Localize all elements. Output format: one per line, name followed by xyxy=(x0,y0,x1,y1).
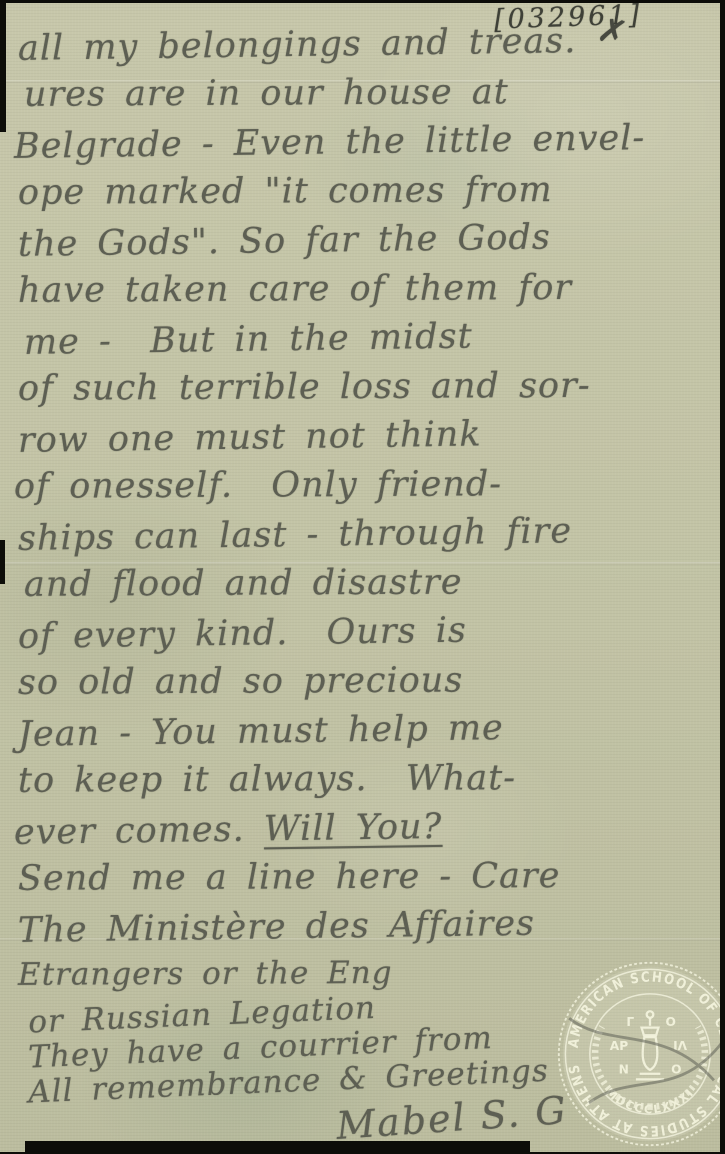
letter-line: row one must not think xyxy=(18,411,719,470)
underlined-phrase: Will You? xyxy=(264,807,443,849)
letter-line: Jean - You must help me xyxy=(18,705,719,764)
seal-greek-letter: Γ xyxy=(626,1015,634,1029)
line-text: all my belongings and treas. xyxy=(18,21,577,69)
letter-line: to keep it always. What- xyxy=(18,757,718,810)
line-text: Jean - You must help me xyxy=(18,708,504,755)
letter-line: The Ministère des Affaires xyxy=(18,901,719,960)
seal-greek-letter: Ο xyxy=(665,1015,675,1029)
letter-line: ever comes. Will You? xyxy=(14,803,719,862)
line-text: of such terrible loss and sor- xyxy=(18,366,591,409)
seal-greek-letter: ΑΡ xyxy=(610,1039,628,1053)
scan-edge-right xyxy=(720,0,725,1154)
letter-line: ships can last - through fire xyxy=(18,509,719,568)
line-text: of onesself. Only friend- xyxy=(14,464,502,507)
line-text: me - But in the midst xyxy=(24,317,473,363)
letter-line: of onesself. Only friend- xyxy=(14,463,718,516)
line-text: of every kind. Ours is xyxy=(18,611,467,657)
letter-line: ope marked "it comes from xyxy=(18,169,718,222)
line-text: ships can last - through fire xyxy=(18,511,573,559)
letter-line: Send me a line here - Care xyxy=(18,855,718,908)
seal-greek-letter: Ν xyxy=(619,1063,629,1077)
letter-line: the Gods". So far the Gods xyxy=(18,215,719,274)
scan-edge-left xyxy=(0,0,6,132)
line-text: ope marked "it comes from xyxy=(18,170,553,213)
scan-edge-left-notch xyxy=(0,540,5,584)
line-text: the Gods". So far the Gods xyxy=(18,217,551,264)
letter-line: of such terrible loss and sor- xyxy=(18,365,718,418)
line-text: so old and so precious xyxy=(18,661,463,703)
line-text: Belgrade - Even the little envel- xyxy=(14,118,646,167)
letter-line: Belgrade - Even the little envel- xyxy=(14,117,719,176)
line-text: ures are in our house at xyxy=(24,72,509,115)
line-text: and flood and disastre xyxy=(24,563,463,605)
line-text: Send me a line here - Care xyxy=(18,856,561,899)
letter-page: [032961] ✗ all my belongings and treas. … xyxy=(0,0,725,1154)
line-text: ever comes. xyxy=(14,809,264,852)
letter-line: ures are in our house at xyxy=(24,71,718,124)
embossed-seal: AMERICAN SCHOOL OF CLASSICAL STUDIES AT … xyxy=(556,960,725,1148)
letter-line: have taken care of them for xyxy=(18,267,718,320)
signature: Mabel S. G xyxy=(335,1088,569,1148)
line-text: Etrangers or the Eng xyxy=(18,955,393,993)
letter-line: and flood and disastre xyxy=(24,561,718,614)
line-text: to keep it always. What- xyxy=(18,758,516,801)
letter-line: of every kind. Ours is xyxy=(18,607,719,666)
letter-line: so old and so precious xyxy=(18,659,718,712)
letter-line: all my belongings and treas. xyxy=(18,19,719,78)
letter-body: all my belongings and treas. ures are in… xyxy=(18,24,718,1095)
line-text: The Ministère des Affaires xyxy=(18,904,536,951)
line-text: row one must not think xyxy=(18,414,482,460)
letter-line: me - But in the midst xyxy=(24,313,719,372)
scan-edge-top xyxy=(0,0,725,3)
line-text: have taken care of them for xyxy=(18,268,572,311)
